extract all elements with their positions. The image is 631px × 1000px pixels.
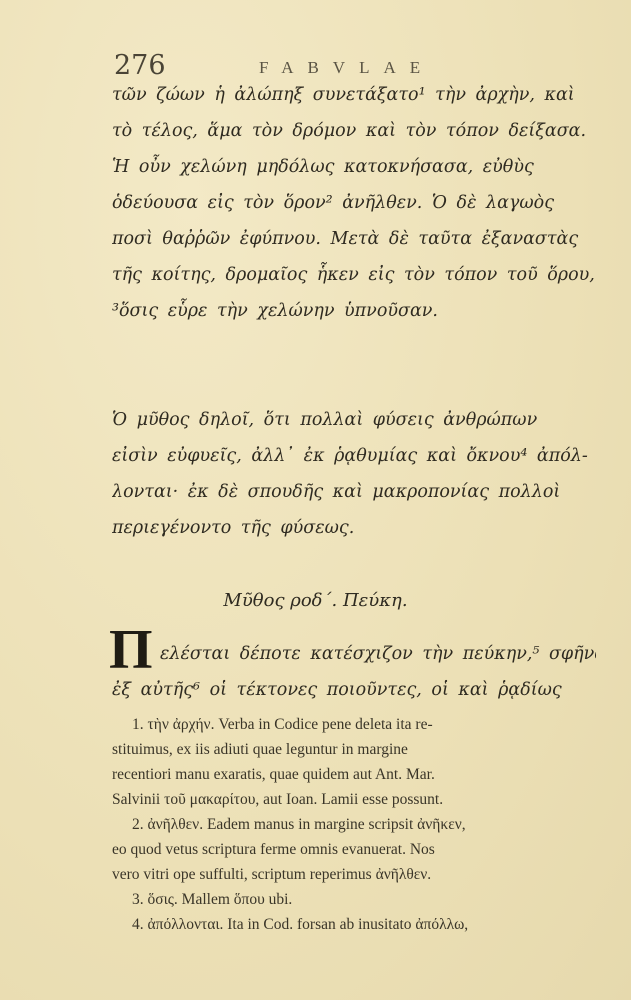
footnote-line: stituimus, ex iis adiuti quae leguntur i… bbox=[112, 737, 598, 762]
text-line: εἰσὶν εὐφυεῖς, ἀλλ᾽ ἐκ ῥᾳθυμίας καὶ ὄκνο… bbox=[112, 438, 596, 474]
fable-body-text: τῶν ζώων ἡ ἀλώπηξ συνετάξατο¹ τὴν ἀρχὴν,… bbox=[112, 77, 596, 329]
footnote-line: vero vitri ope suffulti, scriptum reperi… bbox=[112, 862, 598, 887]
footnote-line: Salvinii τοῦ μακαρίτου, aut Ioan. Lamii … bbox=[112, 787, 598, 812]
book-page: 276 FABVLAE τῶν ζώων ἡ ἀλώπηξ συνετάξατο… bbox=[0, 0, 631, 1000]
running-head: FABVLAE bbox=[259, 58, 434, 78]
text-line: ὁδεύουσα εἰς τὸν ὅρον² ἀνῆλθεν. Ὁ δὲ λαγ… bbox=[112, 185, 596, 221]
footnote-line: 3. ὅσις. Mallem ὅπου ubi. bbox=[112, 887, 598, 912]
text-line: ³ὅσις εὗρε τὴν χελώνην ὑπνοῦσαν. bbox=[112, 293, 596, 329]
text-line: λονται· ἐκ δὲ σπουδῆς καὶ μακροπονίας πο… bbox=[112, 474, 596, 510]
fable-title: Μῦθος ροδ΄. Πεύκη. bbox=[0, 590, 631, 611]
footnote-line: 2. ἀνῆλθεν. Eadem manus in margine scrip… bbox=[112, 812, 598, 837]
text-line: ἐξ αὐτῆς⁶ οἱ τέκτονες ποιοῦντες, οἱ καὶ … bbox=[112, 672, 596, 708]
fable2-text: ελέσται δέποτε κατέσχιζον τὴν πεύκην,⁵ σ… bbox=[112, 636, 596, 708]
footnote-line: eo quod vetus scriptura ferme omnis evan… bbox=[112, 837, 598, 862]
text-line: τῆς κοίτης, δρομαῖος ἧκεν εἰς τὸν τόπον … bbox=[112, 257, 596, 293]
text-line: τῶν ζώων ἡ ἀλώπηξ συνετάξατο¹ τὴν ἀρχὴν,… bbox=[112, 77, 596, 113]
footnotes: 1. τὴν ἀρχήν. Verba in Codice pene delet… bbox=[112, 712, 598, 937]
text-line: ελέσται δέποτε κατέσχιζον τὴν πεύκην,⁵ σ… bbox=[112, 636, 596, 672]
text-line: ποσὶ θαῤῥῶν ἐφύπνου. Μετὰ δὲ ταῦτα ἐξανα… bbox=[112, 221, 596, 257]
text-line: περιεγένοντο τῆς φύσεως. bbox=[112, 510, 596, 546]
footnote-line: 1. τὴν ἀρχήν. Verba in Codice pene delet… bbox=[112, 712, 598, 737]
text-line: Ὁ μῦθος δηλοῖ, ὅτι πολλαὶ φύσεις ἀνθρώπω… bbox=[112, 402, 596, 438]
footnote-line: 4. ἀπόλλονται. Ita in Cod. forsan ab inu… bbox=[112, 912, 598, 937]
footnote-line: recentiori manu exaratis, quae quidem au… bbox=[112, 762, 598, 787]
text-line: τὸ τέλος, ἅμα τὸν δρόμον καὶ τὸν τόπον δ… bbox=[112, 113, 596, 149]
moral-paragraph: Ὁ μῦθος δηλοῖ, ὅτι πολλαὶ φύσεις ἀνθρώπω… bbox=[112, 402, 596, 546]
text-line: Ἡ οὖν χελώνη μηδόλως κατοκνήσασα, εὐθὺς bbox=[112, 149, 596, 185]
